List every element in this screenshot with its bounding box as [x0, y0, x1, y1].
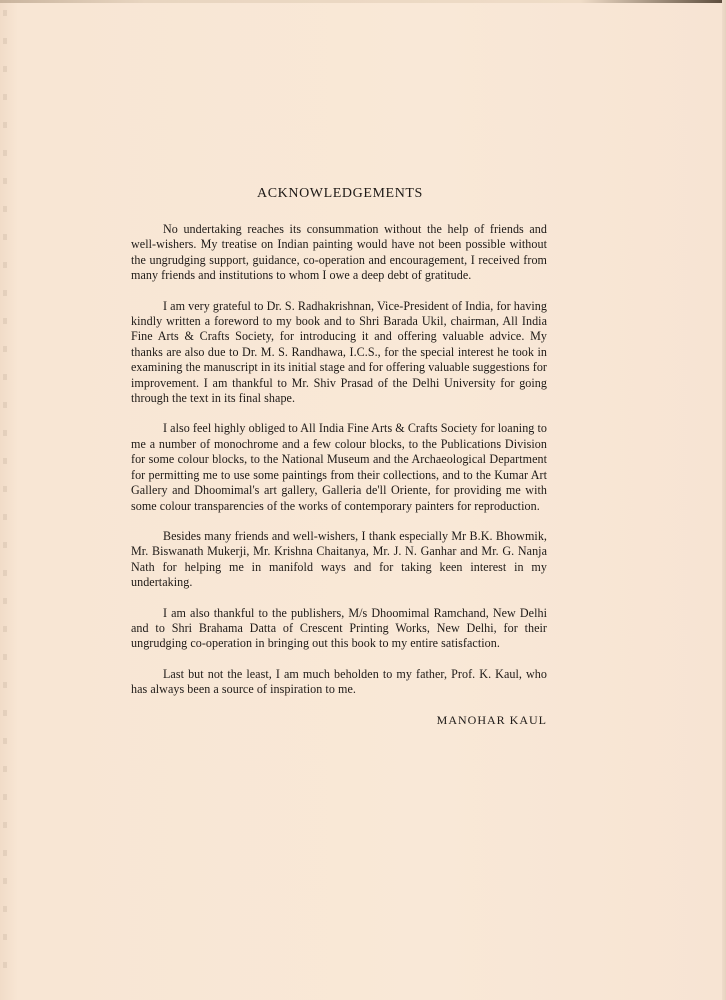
paragraph-3: I also feel highly obliged to All India … — [131, 421, 547, 513]
book-page: ACKNOWLEDGEMENTS No undertaking reaches … — [0, 0, 726, 1000]
paragraph-6: Last but not the least, I am much behold… — [131, 667, 547, 698]
binding-holes — [3, 10, 7, 990]
page-title: ACKNOWLEDGEMENTS — [131, 186, 547, 202]
paragraph-4: Besides many friends and well-wishers, I… — [131, 529, 547, 591]
acknowledgements-section: ACKNOWLEDGEMENTS No undertaking reaches … — [131, 186, 547, 728]
page-right-edge — [722, 0, 726, 1000]
paragraph-2: I am very grateful to Dr. S. Radhakrishn… — [131, 299, 547, 407]
paragraph-1: No undertaking reaches its consummation … — [131, 222, 547, 284]
paragraph-5: I am also thankful to the publishers, M/… — [131, 606, 547, 652]
page-top-edge — [0, 0, 726, 3]
author-signature: MANOHAR KAUL — [131, 713, 547, 728]
